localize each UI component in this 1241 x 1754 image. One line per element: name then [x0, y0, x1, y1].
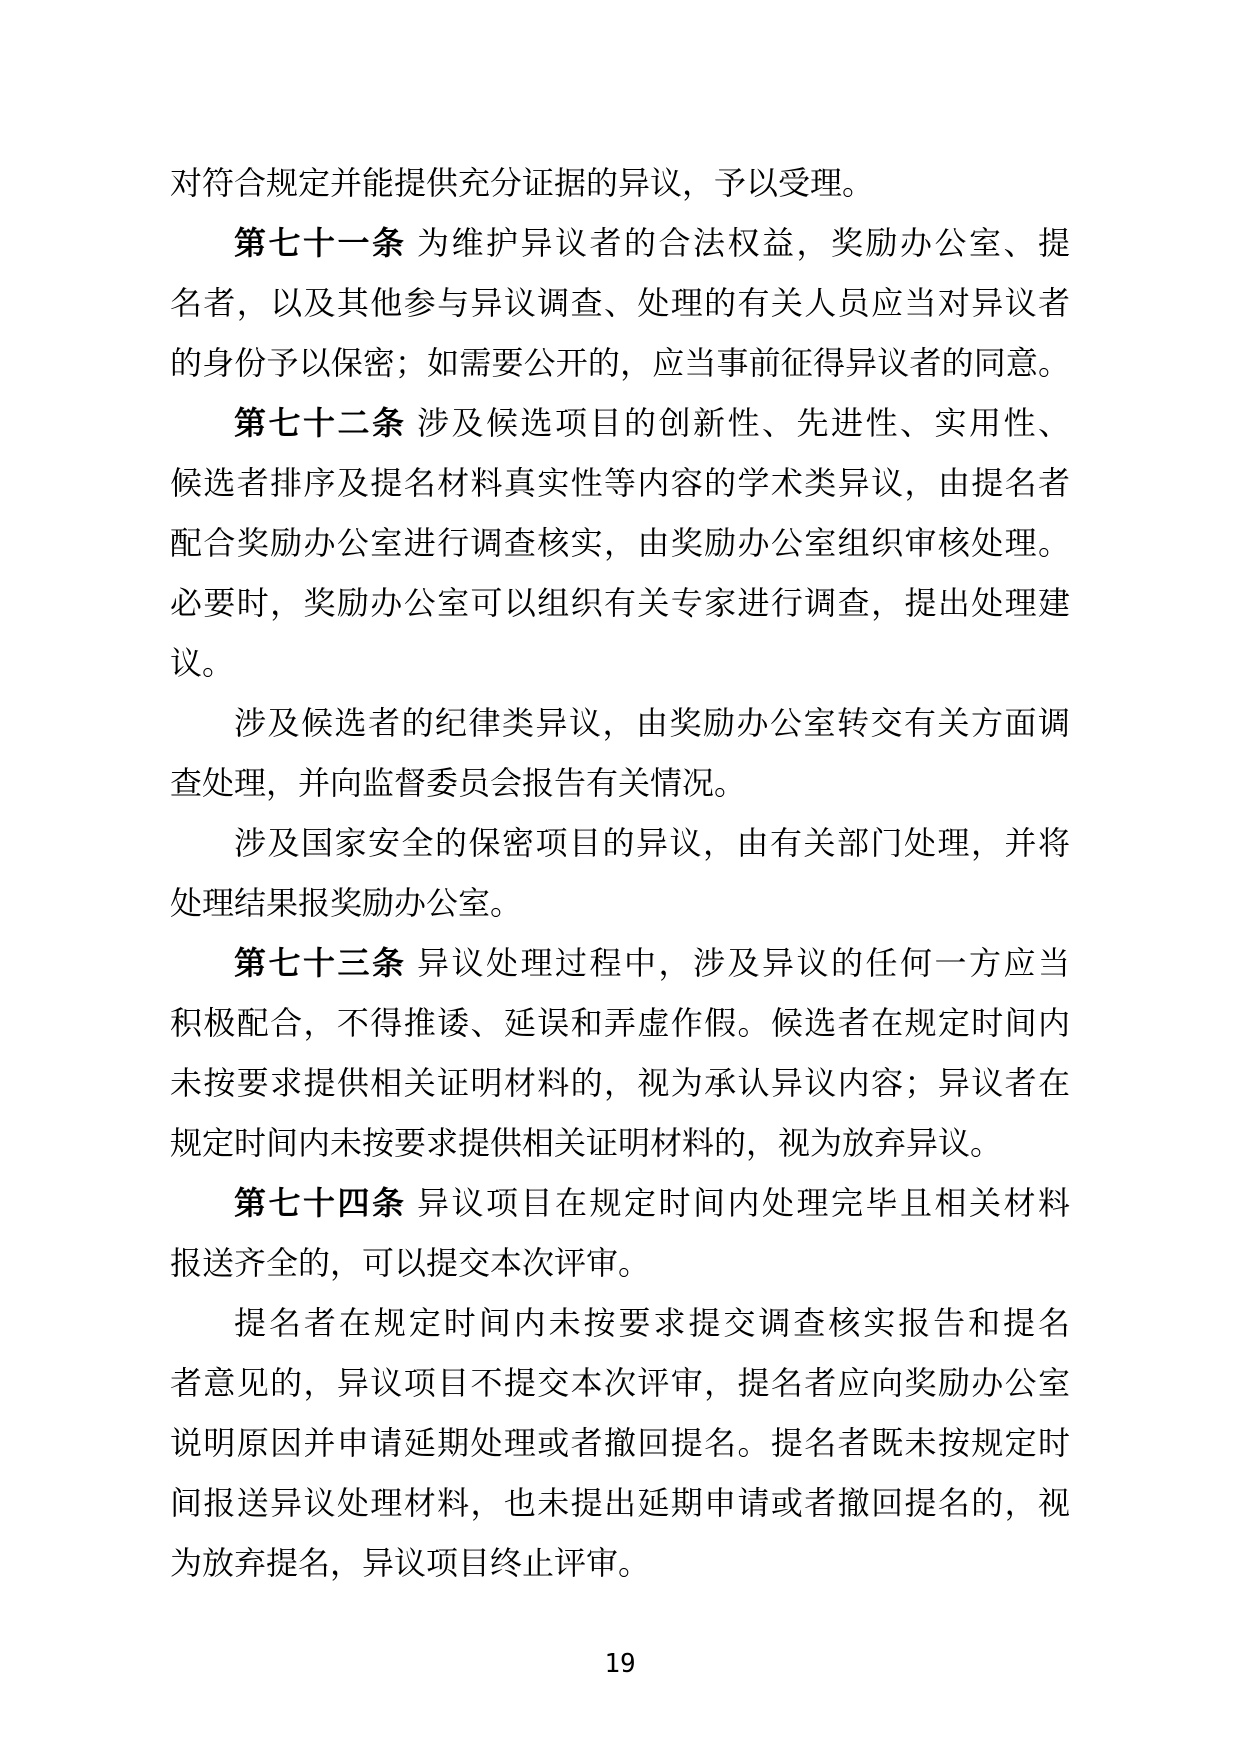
text-line: 处理结果报奖励办公室。: [170, 873, 1070, 933]
text-segment: 规定时间内未按要求提供相关证明材料的，视为放弃异议。: [170, 1125, 1002, 1161]
text-line: 名者，以及其他参与异议调查、处理的有关人员应当对异议者: [170, 273, 1070, 333]
text-line: 说明原因并申请延期处理或者撤回提名。提名者既未按规定时: [170, 1413, 1070, 1473]
text-line: 的身份予以保密；如需要公开的，应当事前征得异议者的同意。: [170, 333, 1070, 393]
text-segment: 积极配合，不得推诿、延误和弄虚作假。候选者在规定时间内: [170, 1005, 1070, 1041]
text-segment: 涉及候选者的纪律类异议，由奖励办公室转交有关方面调: [234, 705, 1070, 741]
text-segment: 提名者在规定时间内未按要求提交调查核实报告和提名: [234, 1305, 1070, 1341]
article-number: 第七十四条: [234, 1185, 407, 1221]
text-line: 必要时，奖励办公室可以组织有关专家进行调查，提出处理建: [170, 573, 1070, 633]
page-number: 19: [170, 1648, 1070, 1680]
text-line: 提名者在规定时间内未按要求提交调查核实报告和提名: [170, 1293, 1070, 1353]
text-segment: 者意见的，异议项目不提交本次评审，提名者应向奖励办公室: [170, 1365, 1070, 1401]
text-line: 议。: [170, 633, 1070, 693]
text-line: 积极配合，不得推诿、延误和弄虚作假。候选者在规定时间内: [170, 993, 1070, 1053]
text-line: 规定时间内未按要求提供相关证明材料的，视为放弃异议。: [170, 1113, 1070, 1173]
text-segment: 配合奖励办公室进行调查核实，由奖励办公室组织审核处理。: [170, 525, 1070, 561]
text-segment: 异议处理过程中，涉及异议的任何一方应当: [407, 945, 1070, 981]
text-segment: 查处理，并向监督委员会报告有关情况。: [170, 765, 746, 801]
text-line: 对符合规定并能提供充分证据的异议，予以受理。: [170, 153, 1070, 213]
text-segment: 名者，以及其他参与异议调查、处理的有关人员应当对异议者: [170, 285, 1070, 321]
text-segment: 处理结果报奖励办公室。: [170, 885, 522, 921]
text-line: 第七十二条 涉及候选项目的创新性、先进性、实用性、: [170, 393, 1070, 453]
text-segment: 为维护异议者的合法权益，奖励办公室、提: [407, 225, 1070, 261]
text-segment: 涉及候选项目的创新性、先进性、实用性、: [407, 405, 1070, 441]
document-page: 对符合规定并能提供充分证据的异议，予以受理。第七十一条 为维护异议者的合法权益，…: [0, 0, 1241, 1754]
text-segment: 的身份予以保密；如需要公开的，应当事前征得异议者的同意。: [170, 345, 1070, 381]
text-segment: 候选者排序及提名材料真实性等内容的学术类异议，由提名者: [170, 465, 1070, 501]
text-segment: 报送齐全的，可以提交本次评审。: [170, 1245, 650, 1281]
text-segment: 必要时，奖励办公室可以组织有关专家进行调查，提出处理建: [170, 585, 1070, 621]
text-segment: 异议项目在规定时间内处理完毕且相关材料: [407, 1185, 1070, 1221]
text-segment: 涉及国家安全的保密项目的异议，由有关部门处理，并将: [234, 825, 1070, 861]
text-line: 未按要求提供相关证明材料的，视为承认异议内容；异议者在: [170, 1053, 1070, 1113]
text-line: 第七十四条 异议项目在规定时间内处理完毕且相关材料: [170, 1173, 1070, 1233]
text-line: 查处理，并向监督委员会报告有关情况。: [170, 753, 1070, 813]
text-line: 报送齐全的，可以提交本次评审。: [170, 1233, 1070, 1293]
text-line: 间报送异议处理材料，也未提出延期申请或者撤回提名的，视: [170, 1473, 1070, 1533]
text-line: 涉及国家安全的保密项目的异议，由有关部门处理，并将: [170, 813, 1070, 873]
text-line: 配合奖励办公室进行调查核实，由奖励办公室组织审核处理。: [170, 513, 1070, 573]
text-segment: 议。: [170, 645, 234, 681]
text-line: 涉及候选者的纪律类异议，由奖励办公室转交有关方面调: [170, 693, 1070, 753]
text-line: 者意见的，异议项目不提交本次评审，提名者应向奖励办公室: [170, 1353, 1070, 1413]
text-segment: 对符合规定并能提供充分证据的异议，予以受理。: [170, 165, 874, 201]
article-number: 第七十三条: [234, 945, 407, 981]
article-number: 第七十二条: [234, 405, 407, 441]
text-segment: 未按要求提供相关证明材料的，视为承认异议内容；异议者在: [170, 1065, 1070, 1101]
text-block: 对符合规定并能提供充分证据的异议，予以受理。第七十一条 为维护异议者的合法权益，…: [170, 153, 1070, 1593]
article-number: 第七十一条: [234, 225, 407, 261]
text-line: 为放弃提名，异议项目终止评审。: [170, 1533, 1070, 1593]
text-segment: 间报送异议处理材料，也未提出延期申请或者撤回提名的，视: [170, 1485, 1070, 1521]
text-line: 第七十一条 为维护异议者的合法权益，奖励办公室、提: [170, 213, 1070, 273]
text-line: 候选者排序及提名材料真实性等内容的学术类异议，由提名者: [170, 453, 1070, 513]
text-segment: 说明原因并申请延期处理或者撤回提名。提名者既未按规定时: [170, 1425, 1070, 1461]
text-segment: 为放弃提名，异议项目终止评审。: [170, 1545, 650, 1581]
text-line: 第七十三条 异议处理过程中，涉及异议的任何一方应当: [170, 933, 1070, 993]
